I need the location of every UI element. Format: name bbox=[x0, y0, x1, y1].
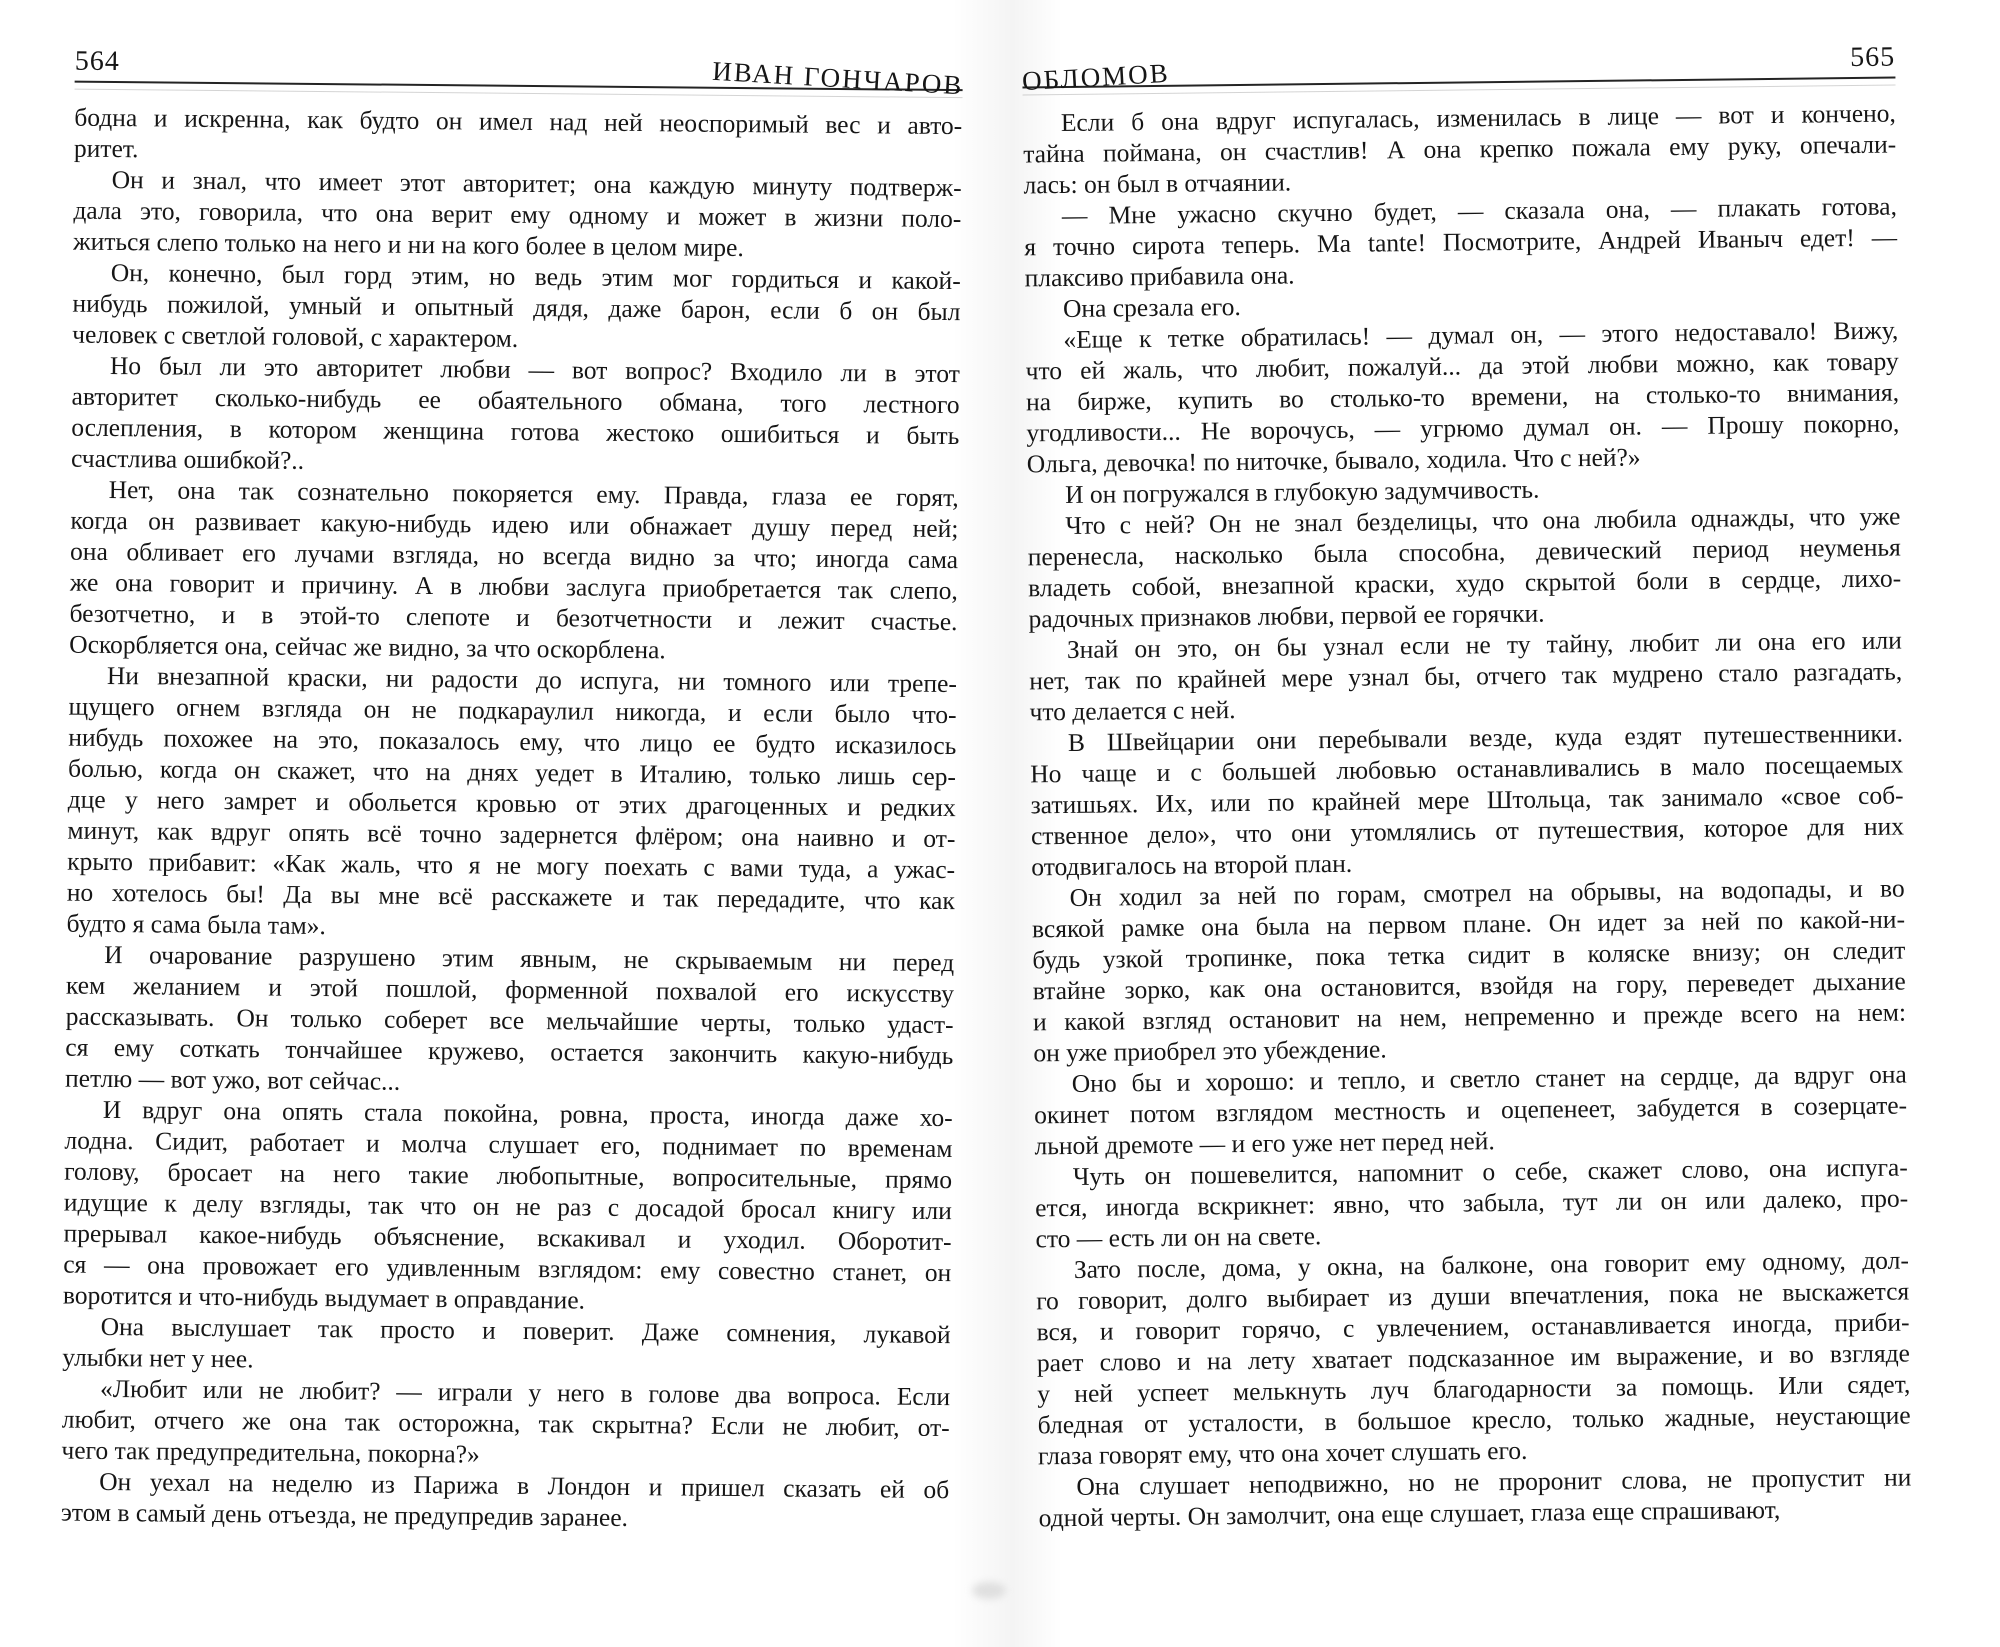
left-page-number: 564 bbox=[75, 46, 120, 78]
right-page-text: Если б она вдруг испугалась, изменилась … bbox=[1023, 98, 1912, 1534]
book-spread: 564 ИВАН ГОНЧАРОВ бодна и искренна, как … bbox=[0, 0, 2000, 1647]
scan-smudge bbox=[972, 1582, 1006, 1599]
left-page-header: 564 ИВАН ГОНЧАРОВ bbox=[75, 44, 963, 87]
right-page-number: 565 bbox=[1850, 42, 1895, 75]
right-page: ОБЛОМОВ 565 Если б она вдруг испугалась,… bbox=[1022, 40, 1912, 1534]
left-page-text: бодна и искренна, как будто он имел над … bbox=[61, 102, 963, 1536]
right-page-header: ОБЛОМОВ 565 bbox=[1022, 40, 1895, 84]
right-running-head: ОБЛОМОВ bbox=[1021, 58, 1170, 97]
left-page: 564 ИВАН ГОНЧАРОВ бодна и искренна, как … bbox=[61, 44, 963, 1536]
